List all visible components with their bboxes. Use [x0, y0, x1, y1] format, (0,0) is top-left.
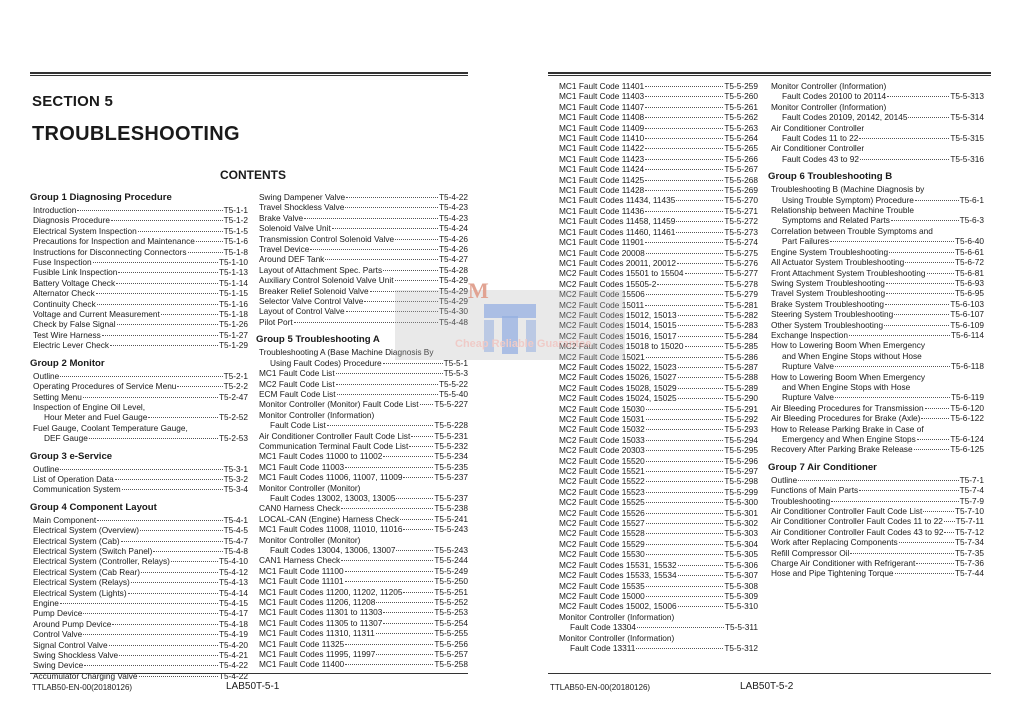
toc-entry[interactable]: MC1 Fault Code 11409T5-5-263 [556, 123, 758, 133]
toc-entry[interactable]: Emergency and When Engine StopsT5-6-124 [768, 434, 984, 444]
toc-entry[interactable]: Monitor Controller (Information) [556, 612, 758, 622]
toc-entry-page: T5-6-118 [951, 361, 984, 371]
toc-entry[interactable]: MC2 Fault Codes 15024, 15025T5-5-290 [556, 393, 758, 403]
dot-leader [396, 550, 433, 551]
toc-entry-title: Monitor Controller (Information) [771, 81, 886, 91]
dot-leader [116, 283, 218, 284]
toc-entry[interactable]: MC2 Fault Codes 15002, 15006T5-5-310 [556, 601, 758, 611]
toc-entry-title: MC2 Fault Code 15506 [559, 289, 645, 299]
toc-entry[interactable]: MC1 Fault Code 11401T5-5-259 [556, 81, 758, 91]
toc-entry[interactable]: MC1 Fault Code 11410T5-5-264 [556, 133, 758, 143]
toc-entry-page: T5-5-266 [724, 154, 758, 164]
toc-entry-title: Fault Code 13311 [570, 643, 635, 653]
toc-entry[interactable]: Part FailuresT5-6-40 [768, 236, 984, 246]
toc-entry[interactable]: Fuse InspectionT5-1-10 [30, 257, 248, 267]
toc-entry[interactable]: Rupture ValveT5-6-119 [768, 392, 984, 402]
dot-leader [341, 560, 433, 561]
wrench-logo-icon [480, 298, 540, 358]
toc-entry-title: MC2 Fault Code 15030 [559, 404, 645, 414]
toc-entry[interactable]: Travel DeviceT5-4-26 [256, 244, 468, 254]
toc-entry[interactable]: Fault Codes 11 to 22T5-5-315 [768, 133, 984, 143]
toc-entry[interactable]: MC1 Fault Code 11423T5-5-266 [556, 154, 758, 164]
dot-leader [646, 523, 724, 524]
toc-entry-page: T5-5-298 [724, 476, 758, 486]
toc-entry[interactable]: Fault Codes 43 to 92T5-5-316 [768, 154, 984, 164]
dot-leader [117, 324, 218, 325]
toc-entry-page: T5-4-20 [219, 640, 248, 650]
toc-entry[interactable]: MC2 Fault Code ListT5-5-22 [256, 379, 468, 389]
toc-entry-title: Electrical System Inspection [33, 226, 137, 236]
toc-entry-page: T5-5-287 [724, 362, 758, 372]
dot-leader [645, 148, 723, 149]
toc-entry[interactable]: Instructions for Disconnecting Connector… [30, 247, 248, 257]
toc-entry[interactable]: Electrical System InspectionT5-1-5 [30, 226, 248, 236]
toc-entry[interactable]: Alternator CheckT5-1-15 [30, 288, 248, 298]
toc-entry-title: Air Conditioner Controller [771, 143, 864, 153]
toc-entry-page: T5-7-44 [955, 568, 984, 578]
toc-entry[interactable]: MC2 Fault Code 15520T5-5-296 [556, 456, 758, 466]
toc-entry[interactable]: MC2 Fault Codes 15016, 15017T5-5-284 [556, 331, 758, 341]
top-rule [548, 72, 991, 76]
dot-leader [304, 218, 438, 219]
toc-entry-title: MC1 Fault Code 11428 [559, 185, 644, 195]
toc-entry[interactable]: MC1 Fault Code 11003T5-5-235 [256, 462, 468, 472]
dot-leader [831, 501, 958, 502]
toc-entry[interactable]: MC2 Fault Codes 15505-2T5-5-278 [556, 279, 758, 289]
toc-entry[interactable]: EngineT5-4-15 [30, 598, 248, 608]
toc-entry[interactable]: Symptoms and Related PartsT5-6-3 [768, 215, 984, 225]
toc-entry[interactable]: Monitor Controller (Information) [256, 410, 468, 420]
toc-entry[interactable]: Voltage and Current MeasurementT5-1-18 [30, 309, 248, 319]
toc-entry[interactable]: MC2 Fault Codes 15022, 15023T5-5-287 [556, 362, 758, 372]
toc-entry[interactable]: MC2 Fault Codes 15018 to 15020T5-5-285 [556, 341, 758, 351]
toc-entry[interactable]: Monitor Controller (Information) [768, 102, 984, 112]
toc-entry-title: MC2 Fault Code List [259, 379, 335, 389]
toc-entry-page: T5-5-303 [724, 528, 758, 538]
toc-entry[interactable]: CAN0 Harness CheckT5-5-238 [256, 503, 468, 513]
toc-entry[interactable]: Communication SystemT5-3-4 [30, 484, 248, 494]
toc-entry-page: T5-6-109 [950, 320, 984, 330]
toc-entry[interactable]: Other System TroubleshootingT5-6-109 [768, 320, 984, 330]
toc-entry[interactable]: All Actuator System TroubleshootingT5-6-… [768, 257, 984, 267]
toc-entry[interactable]: MC1 Fault Code 11400T5-5-258 [256, 659, 468, 669]
toc-entry[interactable]: Signal Control ValveT5-4-20 [30, 640, 248, 650]
toc-entry[interactable]: MC2 Fault Codes 15026, 15027T5-5-288 [556, 372, 758, 382]
toc-entry[interactable]: How to Lowering Boom When Emergency [768, 340, 984, 350]
toc-entry[interactable]: Swing DeviceT5-4-22 [30, 660, 248, 670]
dot-leader [678, 377, 724, 378]
toc-entry[interactable]: MC1 Fault Code ListT5-5-3 [256, 368, 468, 378]
toc-entry[interactable]: Fault Codes 13004, 13006, 13007T5-5-243 [256, 545, 468, 555]
dot-leader [376, 602, 433, 603]
toc-entry[interactable]: Control ValveT5-4-19 [30, 629, 248, 639]
toc-entry[interactable]: Exchange InspectionT5-6-114 [768, 330, 984, 340]
toc-entry[interactable]: Diagnosis ProcedureT5-1-2 [30, 215, 248, 225]
toc-entry-title: Monitor Controller (Information) [771, 102, 886, 112]
toc-entry[interactable]: Monitor Controller (Monitor) Fault Code … [256, 399, 468, 409]
dot-leader [376, 654, 433, 655]
toc-entry-page: T5-6-1 [960, 195, 984, 205]
toc-entry-title: MC2 Fault Code 15530 [559, 549, 645, 559]
toc-entry[interactable]: Test Wire HarnessT5-1-27 [30, 330, 248, 340]
toc-entry[interactable]: Fault Code 13304T5-5-311 [556, 622, 758, 632]
toc-entry[interactable]: MC2 Fault Code 15521T5-5-297 [556, 466, 758, 476]
toc-entry[interactable]: Selector Valve Control ValveT5-4-29 [256, 296, 468, 306]
toc-entry[interactable]: MC1 Fault Codes 11206, 11208T5-5-252 [256, 597, 468, 607]
toc-entry[interactable]: Functions of Main PartsT5-7-4 [768, 485, 984, 495]
toc-entry[interactable]: OutlineT5-3-1 [30, 464, 248, 474]
toc-entry-page: T5-5-302 [724, 518, 758, 528]
toc-entry-title: MC1 Fault Code 11436 [559, 206, 644, 216]
toc-entry-page: T5-5-296 [724, 456, 758, 466]
toc-entry[interactable]: MC1 Fault Code 11424T5-5-267 [556, 164, 758, 174]
toc-entry-title: MC1 Fault Codes 11000 to 11002 [259, 451, 382, 461]
toc-entry[interactable]: Layout of Control ValveT5-4-30 [256, 306, 468, 316]
dot-leader [128, 593, 218, 594]
toc-entry[interactable]: Front Attachment System TroubleshootingT… [768, 268, 984, 278]
dot-leader [889, 252, 954, 253]
toc-entry-title: MC2 Fault Codes 15016, 15017 [559, 331, 677, 341]
toc-entry[interactable]: Relationship between Machine Trouble [768, 205, 984, 215]
toc-entry-title: MC1 Fault Code 11403 [559, 91, 644, 101]
toc-entry[interactable]: MC1 Fault Codes 11006, 11007, 11009T5-5-… [256, 472, 468, 482]
dot-leader [646, 450, 724, 451]
toc-entry[interactable]: MC2 Fault Code 15530T5-5-305 [556, 549, 758, 559]
toc-entry[interactable]: Air Conditioner Controller [768, 123, 984, 133]
toc-entry[interactable]: Electric Lever CheckT5-1-29 [30, 340, 248, 350]
toc-entry-title: Solenoid Valve Unit [259, 223, 331, 233]
toc-entry[interactable]: MC2 Fault Codes 15501 to 15504T5-5-277 [556, 268, 758, 278]
toc-entry[interactable]: Engine System TroubleshootingT5-6-61 [768, 247, 984, 257]
toc-entry-page: T5-1-26 [219, 319, 248, 329]
toc-entry[interactable]: TroubleshootingT5-7-9 [768, 496, 984, 506]
toc-entry-title: Air Bleeding Procedures for Transmission [771, 403, 924, 413]
toc-entry[interactable]: Air Bleeding Procedures for Brake (Axle)… [768, 413, 984, 423]
toc-entry[interactable]: MC1 Fault Codes 11460, 11461T5-5-273 [556, 227, 758, 237]
toc-entry[interactable]: Hour Meter and Fuel GaugeT5-2-52 [30, 412, 248, 422]
toc-entry-title: Relationship between Machine Trouble [771, 205, 914, 215]
toc-entry[interactable]: Check by False SignalT5-1-26 [30, 319, 248, 329]
toc-entry[interactable]: Main ComponentT5-4-1 [30, 515, 248, 525]
toc-entry[interactable]: MC1 Fault Codes 11301 to 11303T5-5-253 [256, 607, 468, 617]
toc-entry[interactable]: Work after Replacing ComponentsT5-7-34 [768, 537, 984, 547]
toc-entry[interactable]: MC2 Fault Code 15522T5-5-298 [556, 476, 758, 486]
toc-entry-title: MC1 Fault Codes 11995, 11997 [259, 649, 375, 659]
toc-entry[interactable]: MC1 Fault Codes 11000 to 11002T5-5-234 [256, 451, 468, 461]
toc-entry[interactable]: MC2 Fault Code 15529T5-5-304 [556, 539, 758, 549]
toc-entry[interactable]: MC1 Fault Code 11425T5-5-268 [556, 175, 758, 185]
toc-entry[interactable]: MC1 Fault Code 11901T5-5-274 [556, 237, 758, 247]
toc-entry-page: T5-5-237 [434, 472, 468, 482]
toc-entry-page: T5-1-5 [224, 226, 248, 236]
toc-entry[interactable]: Fault Code 13311T5-5-312 [556, 643, 758, 653]
toc-entry[interactable]: List of Operation DataT5-3-2 [30, 474, 248, 484]
toc-entry-page: T5-7-34 [955, 537, 984, 547]
toc-entry[interactable]: MC1 Fault Code 11428T5-5-269 [556, 185, 758, 195]
toc-entry[interactable]: Auxiliary Control Solenoid Valve UnitT5-… [256, 275, 468, 285]
toc-entry-title: Fuel Gauge, Coolant Temperature Gauge, [33, 423, 188, 433]
toc-entry-page: T5-4-24 [439, 223, 468, 233]
toc-entry[interactable]: Correlation between Trouble Symptoms and [768, 226, 984, 236]
toc-entry[interactable]: Setting MenuT5-2-47 [30, 392, 248, 402]
toc-entry[interactable]: Electrical System (Overview)T5-4-5 [30, 525, 248, 535]
toc-entry-title: Engine System Troubleshooting [771, 247, 888, 257]
toc-entry[interactable]: Transmission Control Solenoid ValveT5-4-… [256, 234, 468, 244]
dot-leader [89, 438, 218, 439]
toc-entry[interactable]: MC1 Fault Codes 11995, 11997T5-5-257 [256, 649, 468, 659]
toc-entry-page: T5-4-8 [224, 546, 248, 556]
toc-entry[interactable]: MC1 Fault Code 11408T5-5-262 [556, 112, 758, 122]
toc-entry[interactable]: MC2 Fault Code 15525T5-5-300 [556, 497, 758, 507]
toc-entry[interactable]: Monitor Controller (Information) [556, 633, 758, 643]
toc-entry[interactable]: Fuel Gauge, Coolant Temperature Gauge, [30, 423, 248, 433]
toc-entry-page: T5-5-241 [434, 514, 468, 524]
toc-entry[interactable]: Fault Codes 13002, 13003, 13005T5-5-237 [256, 493, 468, 503]
toc-entry[interactable]: Operating Procedures of Service MenuT5-2… [30, 381, 248, 391]
toc-entry-title: MC2 Fault Code 15031 [559, 414, 645, 424]
toc-entry[interactable]: How to Lowering Boom When Emergency [768, 372, 984, 382]
toc-entry-title: Refill Compressor Oil [771, 548, 849, 558]
toc-entry-title: MC1 Fault Code List [259, 368, 335, 378]
toc-entry-page: T5-5-260 [724, 91, 758, 101]
toc-entry[interactable]: MC1 Fault Code 11407T5-5-261 [556, 102, 758, 112]
toc-entry-title: DEF Gauge [44, 433, 88, 443]
toc-entry-title: Using Fault Codes) Procedure [270, 358, 382, 368]
dot-leader [409, 446, 433, 447]
dot-leader [835, 397, 950, 398]
dot-leader [678, 398, 724, 399]
dot-leader [646, 586, 724, 587]
toc-entry[interactable]: CAN1 Harness CheckT5-5-244 [256, 555, 468, 565]
toc-entry[interactable]: Electrical System (Cab)T5-4-7 [30, 536, 248, 546]
toc-entry[interactable]: MC1 Fault Codes 11008, 11010, 11016T5-5-… [256, 524, 468, 534]
toc-entry[interactable]: Fault Code ListT5-5-228 [256, 420, 468, 430]
toc-entry-page: T5-1-27 [219, 330, 248, 340]
toc-entry[interactable]: Swing Dampener ValveT5-4-22 [256, 192, 468, 202]
toc-entry[interactable]: Rupture ValveT5-6-118 [768, 361, 984, 371]
toc-entry[interactable]: Charge Air Conditioner with RefrigerantT… [768, 558, 984, 568]
toc-entry-title: Rupture Valve [782, 392, 834, 402]
toc-entry[interactable]: and When Engine Stops with Hose [768, 382, 984, 392]
dot-leader [646, 492, 724, 493]
toc-entry[interactable]: MC2 Fault Code 15033T5-5-294 [556, 435, 758, 445]
toc-entry[interactable]: MC2 Fault Code 15000T5-5-309 [556, 591, 758, 601]
dot-leader [400, 519, 433, 520]
toc-entry[interactable]: Air Bleeding Procedures for Transmission… [768, 403, 984, 413]
toc-entry[interactable]: Monitor Controller (Information) [768, 81, 984, 91]
toc-entry-title: MC1 Fault Code 11424 [559, 164, 644, 174]
dot-leader [885, 304, 949, 305]
toc-entry[interactable]: Air Conditioner Controller Fault Code Li… [768, 506, 984, 516]
toc-entry-page: T5-3-1 [224, 464, 248, 474]
toc-entry[interactable]: Layout of Attachment Spec. PartsT5-4-28 [256, 265, 468, 275]
toc-entry[interactable]: and When Engine Stops without Hose [768, 351, 984, 361]
toc-entry[interactable]: MC2 Fault Code 15032T5-5-293 [556, 424, 758, 434]
toc-entry[interactable]: MC1 Fault Code 20008T5-5-275 [556, 248, 758, 258]
toc-entry[interactable]: Travel System TroubleshootingT5-6-95 [768, 288, 984, 298]
toc-entry-page: T5-7-9 [960, 496, 984, 506]
toc-entry[interactable]: MC1 Fault Codes 11200, 11202, 11205T5-5-… [256, 587, 468, 597]
toc-entry[interactable]: Swing Shockless ValveT5-4-21 [30, 650, 248, 660]
dot-leader [645, 117, 723, 118]
dot-leader [884, 325, 949, 326]
toc-entry[interactable]: Steering System TroubleshootingT5-6-107 [768, 309, 984, 319]
dot-leader [346, 197, 438, 198]
toc-entry[interactable]: MC1 Fault Codes 11305 to 11307T5-5-254 [256, 618, 468, 628]
dot-leader [849, 335, 950, 336]
toc-entry[interactable]: Recovery After Parking Brake ReleaseT5-6… [768, 444, 984, 454]
toc-entry[interactable]: MC1 Fault Codes 11310, 11311T5-5-255 [256, 628, 468, 638]
toc-entry[interactable]: Air Conditioner Controller Fault Codes 4… [768, 527, 984, 537]
toc-entry-page: T5-4-21 [219, 650, 248, 660]
toc-entry-page: T5-4-15 [219, 598, 248, 608]
toc-entry-page: T5-6-103 [950, 299, 984, 309]
toc-entry-page: T5-1-10 [219, 257, 248, 267]
toc-entry[interactable]: Monitor Controller (Monitor) [256, 483, 468, 493]
dot-leader [109, 645, 218, 646]
toc-entry[interactable]: Electrical System (Relays)T5-4-13 [30, 577, 248, 587]
toc-entry[interactable]: Electrical System (Cab Rear)T5-4-12 [30, 567, 248, 577]
toc-entry[interactable]: MC2 Fault Code 15011T5-5-281 [556, 300, 758, 310]
toc-entry[interactable]: Travel Shockless ValveT5-4-23 [256, 202, 468, 212]
dot-leader [60, 469, 222, 470]
toc-entry[interactable]: MC2 Fault Code 15506T5-5-279 [556, 289, 758, 299]
toc-entry[interactable]: MC1 Fault Codes 20011, 20012T5-5-276 [556, 258, 758, 268]
toc-entry-page: T5-5-261 [724, 102, 758, 112]
toc-entry[interactable]: MC1 Fault Code 11100T5-5-249 [256, 566, 468, 576]
toc-entry[interactable]: Using Fault Codes) ProcedureT5-5-1 [256, 358, 468, 368]
dot-leader [645, 138, 723, 139]
toc-entry[interactable]: Breaker Relief Solenoid ValveT5-4-29 [256, 286, 468, 296]
bottom-rule [548, 673, 991, 674]
toc-entry-title: Around Pump Device [33, 619, 111, 629]
toc-entry-title: Fault Code 13304 [570, 622, 636, 632]
dot-leader [886, 293, 954, 294]
toc-entry[interactable]: Brake System TroubleshootingT5-6-103 [768, 299, 984, 309]
toc-entry[interactable]: ECM Fault Code ListT5-5-40 [256, 389, 468, 399]
toc-entry-title: Electrical System (Overview) [33, 525, 139, 535]
dot-leader [383, 456, 433, 457]
toc-entry[interactable]: Troubleshooting A (Base Machine Diagnosi… [256, 347, 468, 357]
watermark-letters: M [468, 278, 489, 304]
toc-entry[interactable]: Precautions for Inspection and Maintenan… [30, 236, 248, 246]
toc-entry[interactable]: MC1 Fault Codes 11434, 11435T5-5-270 [556, 195, 758, 205]
toc-entry[interactable]: MC1 Fault Code 11422T5-5-265 [556, 143, 758, 153]
toc-entry[interactable]: Solenoid Valve UnitT5-4-24 [256, 223, 468, 233]
toc-entry[interactable]: MC1 Fault Codes 11458, 11459T5-5-272 [556, 216, 758, 226]
toc-entry[interactable]: Electrical System (Switch Panel)T5-4-8 [30, 546, 248, 556]
toc-entry[interactable]: LOCAL-CAN (Engine) Harness CheckT5-5-241 [256, 514, 468, 524]
toc-entry[interactable]: Continuity CheckT5-1-16 [30, 299, 248, 309]
toc-entry[interactable]: Fault Codes 20109, 20142, 20145T5-5-314 [768, 112, 984, 122]
toc-entry[interactable]: Communication Terminal Fault Code ListT5… [256, 441, 468, 451]
toc-entry[interactable]: How to Release Parking Brake in Case of [768, 424, 984, 434]
toc-entry-page: T5-5-243 [434, 545, 468, 555]
toc-entry[interactable]: OutlineT5-2-1 [30, 371, 248, 381]
toc-entry[interactable]: Fusible Link InspectionT5-1-13 [30, 267, 248, 277]
toc-entry-page: T5-5-306 [724, 560, 758, 570]
toc-entry[interactable]: Monitor Controller (Monitor) [256, 535, 468, 545]
dot-leader [332, 228, 438, 229]
dot-leader [131, 582, 218, 583]
toc-entry[interactable]: MC1 Fault Code 11325T5-5-256 [256, 639, 468, 649]
toc-entry-page: T5-4-29 [439, 275, 468, 285]
toc-entry[interactable]: MC1 Fault Code 11101T5-5-250 [256, 576, 468, 586]
toc-entry-title: Air Conditioner Controller Fault Code Li… [771, 506, 922, 516]
toc-entry[interactable]: MC1 Fault Code 11403T5-5-260 [556, 91, 758, 101]
toc-entry[interactable]: Hose and Pipe Tightening TorqueT5-7-44 [768, 568, 984, 578]
toc-entry[interactable]: IntroductionT5-1-1 [30, 205, 248, 215]
toc-entry-page: T5-5-300 [724, 497, 758, 507]
toc-entry[interactable]: MC1 Fault Code 11436T5-5-271 [556, 206, 758, 216]
toc-entry[interactable]: Troubleshooting B (Machine Diagnosis by [768, 184, 984, 194]
toc-entry[interactable]: MC2 Fault Code 15031T5-5-292 [556, 414, 758, 424]
toc-entry[interactable]: Battery Voltage CheckT5-1-14 [30, 278, 248, 288]
toc-entry[interactable]: Pilot PortT5-4-48 [256, 317, 468, 327]
toc-entry[interactable]: Around DEF TankT5-4-27 [256, 254, 468, 264]
toc-entry[interactable]: Air Conditioner Controller Fault Code Li… [256, 431, 468, 441]
toc-entry-title: Fusible Link Inspection [33, 267, 117, 277]
toc-column-1: MC1 Fault Code 11401T5-5-259MC1 Fault Co… [556, 81, 758, 653]
dot-leader [914, 449, 950, 450]
toc-entry[interactable]: MC2 Fault Code 15030T5-5-291 [556, 404, 758, 414]
toc-entry[interactable]: MC2 Fault Codes 15028, 15029T5-5-289 [556, 383, 758, 393]
toc-entry-title: MC2 Fault Codes 15028, 15029 [559, 383, 677, 393]
toc-entry[interactable]: Electrical System (Controller, Relays)T5… [30, 556, 248, 566]
toc-entry-title: MC1 Fault Codes 11200, 11202, 11205 [259, 587, 402, 597]
toc-entry[interactable]: Around Pump DeviceT5-4-18 [30, 619, 248, 629]
toc-entry-title: Pump Device [33, 608, 82, 618]
toc-entry[interactable]: MC2 Fault Code 15527T5-5-302 [556, 518, 758, 528]
toc-entry-page: T5-5-265 [724, 143, 758, 153]
toc-entry-title: MC2 Fault Code 15033 [559, 435, 645, 445]
toc-entry-title: MC1 Fault Codes 11206, 11208 [259, 597, 375, 607]
toc-entry[interactable]: OutlineT5-7-1 [768, 475, 984, 485]
toc-entry-title: MC2 Fault Code 15525 [559, 497, 645, 507]
dot-leader [645, 86, 723, 87]
toc-entry[interactable]: Refill Compressor OilT5-7-35 [768, 548, 984, 558]
toc-entry[interactable]: MC2 Fault Codes 15012, 15013T5-5-282 [556, 310, 758, 320]
toc-entry[interactable]: MC2 Fault Code 15526T5-5-301 [556, 508, 758, 518]
toc-entry[interactable]: Using Trouble Symptom) ProcedureT5-6-1 [768, 195, 984, 205]
toc-entry-title: MC2 Fault Codes 15505-2 [559, 279, 656, 289]
toc-entry[interactable]: MC2 Fault Code 15021T5-5-286 [556, 352, 758, 362]
toc-entry[interactable]: Fault Codes 20100 to 20114T5-5-313 [768, 91, 984, 101]
toc-entry[interactable]: Pump DeviceT5-4-17 [30, 608, 248, 618]
dot-leader [364, 301, 438, 302]
toc-entry[interactable]: Air Conditioner Controller [768, 143, 984, 153]
toc-entry[interactable]: MC2 Fault Code 15523T5-5-299 [556, 487, 758, 497]
toc-entry[interactable]: MC2 Fault Codes 15014, 15015T5-5-283 [556, 320, 758, 330]
toc-entry-title: Inspection of Engine Oil Level, [33, 402, 145, 412]
toc-entry[interactable]: Inspection of Engine Oil Level, [30, 402, 248, 412]
toc-entry[interactable]: MC2 Fault Code 20303T5-5-295 [556, 445, 758, 455]
toc-entry[interactable]: Air Conditioner Controller Fault Codes 1… [768, 516, 984, 526]
toc-entry-title: MC2 Fault Code 15521 [559, 466, 645, 476]
toc-entry[interactable]: MC2 Fault Code 15528T5-5-303 [556, 528, 758, 538]
toc-entry[interactable]: Swing System TroubleshootingT5-6-93 [768, 278, 984, 288]
toc-entry[interactable]: MC2 Fault Code 15535T5-5-308 [556, 581, 758, 591]
dot-leader [345, 664, 433, 665]
toc-entry[interactable]: DEF GaugeT5-2-53 [30, 433, 248, 443]
toc-entry[interactable]: MC2 Fault Codes 15533, 15534T5-5-307 [556, 570, 758, 580]
toc-entry[interactable]: MC2 Fault Codes 15531, 15532T5-5-306 [556, 560, 758, 570]
toc-entry[interactable]: Brake ValveT5-4-23 [256, 213, 468, 223]
toc-entry-page: T5-5-3 [444, 368, 468, 378]
toc-entry-page: T5-5-315 [950, 133, 984, 143]
toc-entry-page: T5-7-10 [955, 506, 984, 516]
toc-entry[interactable]: Electrical System (Lights)T5-4-14 [30, 588, 248, 598]
